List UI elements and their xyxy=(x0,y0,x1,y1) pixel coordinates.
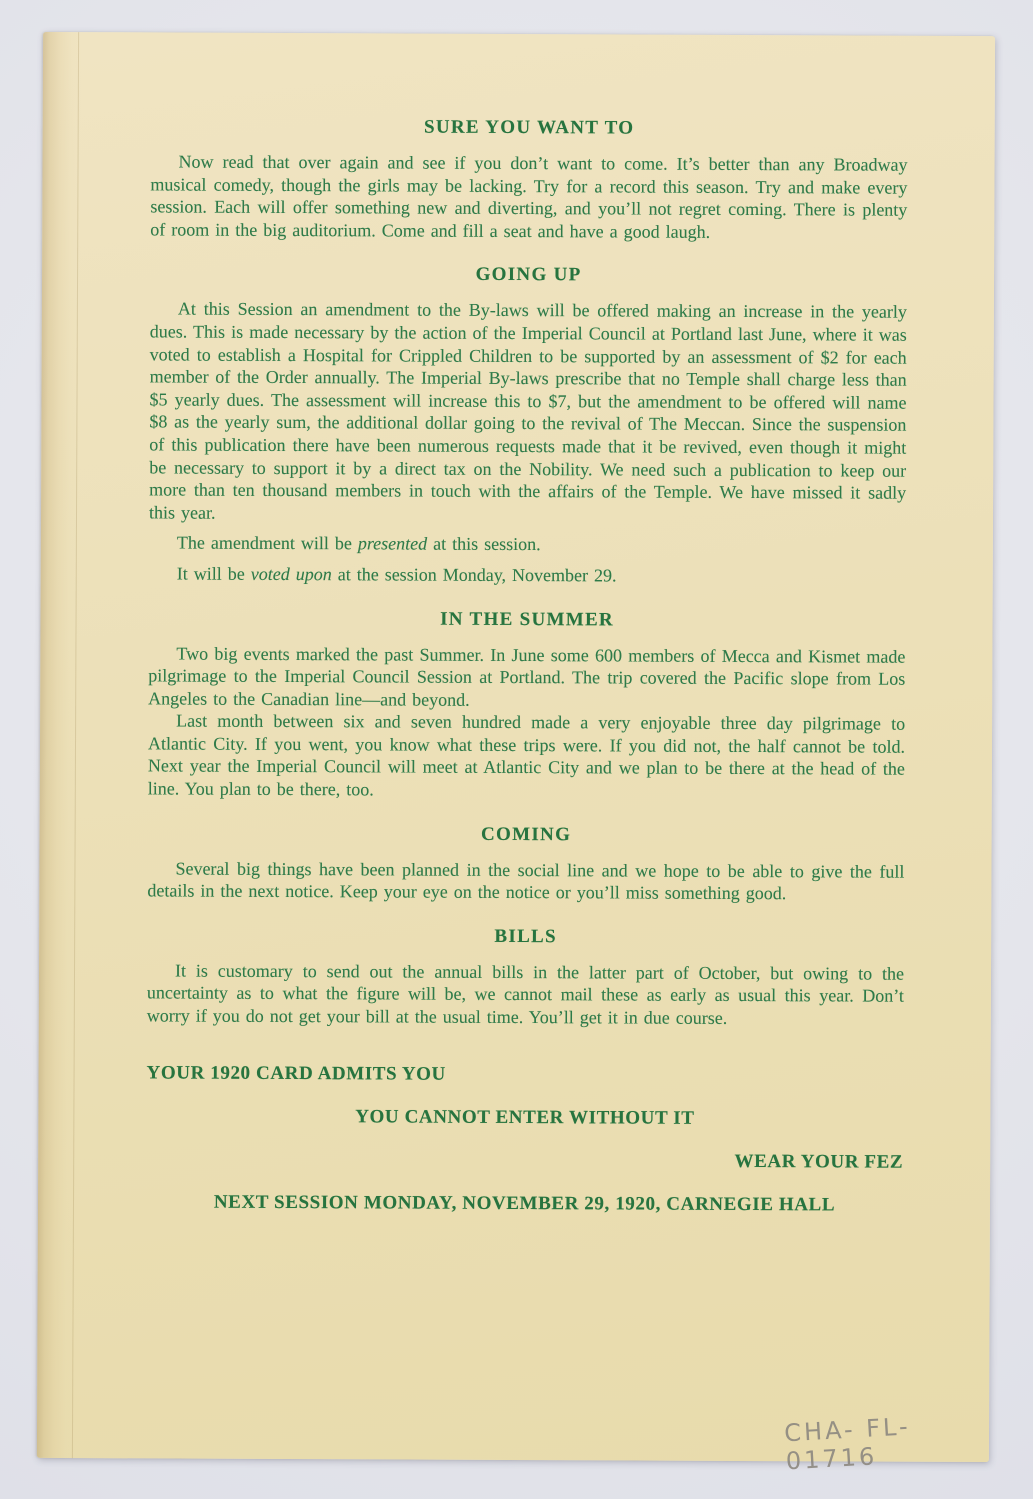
footer-cannot-enter-line: YOU CANNOT ENTER WITHOUT IT xyxy=(146,1104,903,1130)
paragraph-summer-events: Two big events marked the past Summer. I… xyxy=(148,642,905,713)
page-content: SURE YOU WANT TO Now read that over agai… xyxy=(146,114,908,1216)
amendment-line-italic: presented xyxy=(358,534,427,554)
footer-wear-fez-line: WEAR YOUR FEZ xyxy=(146,1147,903,1173)
paragraph-atlantic-city: Last month between six and seven hundred… xyxy=(148,710,905,804)
paragraph-sure-you-want-to: Now read that over again and see if you … xyxy=(150,150,907,244)
section-heading-sure-you-want-to: SURE YOU WANT TO xyxy=(151,114,908,140)
section-heading-coming: COMING xyxy=(148,821,905,847)
amendment-line-pre: The amendment will be xyxy=(177,533,358,554)
vote-upon-line: It will be voted upon at the session Mon… xyxy=(149,562,906,588)
paragraph-going-up: At this Session an amendment to the By-l… xyxy=(149,298,907,527)
paragraph-coming: Several big things have been planned in … xyxy=(147,857,904,905)
footer-next-session-line: NEXT SESSION MONDAY, NOVEMBER 29, 1920, … xyxy=(146,1190,903,1216)
amendment-line-post: at this session. xyxy=(427,534,541,554)
page-fold-edge xyxy=(37,32,81,1458)
vote-line-pre: It will be xyxy=(177,563,251,583)
section-heading-bills: BILLS xyxy=(147,923,904,949)
footer-card-admits-line: YOUR 1920 CARD ADMITS YOU xyxy=(147,1061,904,1087)
pencil-catalog-annotation: CHA- FL- 01716 xyxy=(784,1408,991,1475)
amendment-presented-line: The amendment will be presented at this … xyxy=(149,532,906,558)
vote-line-italic: voted upon xyxy=(251,564,332,584)
section-heading-going-up: GOING UP xyxy=(150,262,907,288)
vote-line-post: at the session Monday, November 29. xyxy=(332,564,617,585)
section-heading-in-the-summer: IN THE SUMMER xyxy=(149,606,906,632)
paragraph-bills: It is customary to send out the annual b… xyxy=(147,959,904,1030)
scanned-notice-page: SURE YOU WANT TO Now read that over agai… xyxy=(37,32,995,1462)
